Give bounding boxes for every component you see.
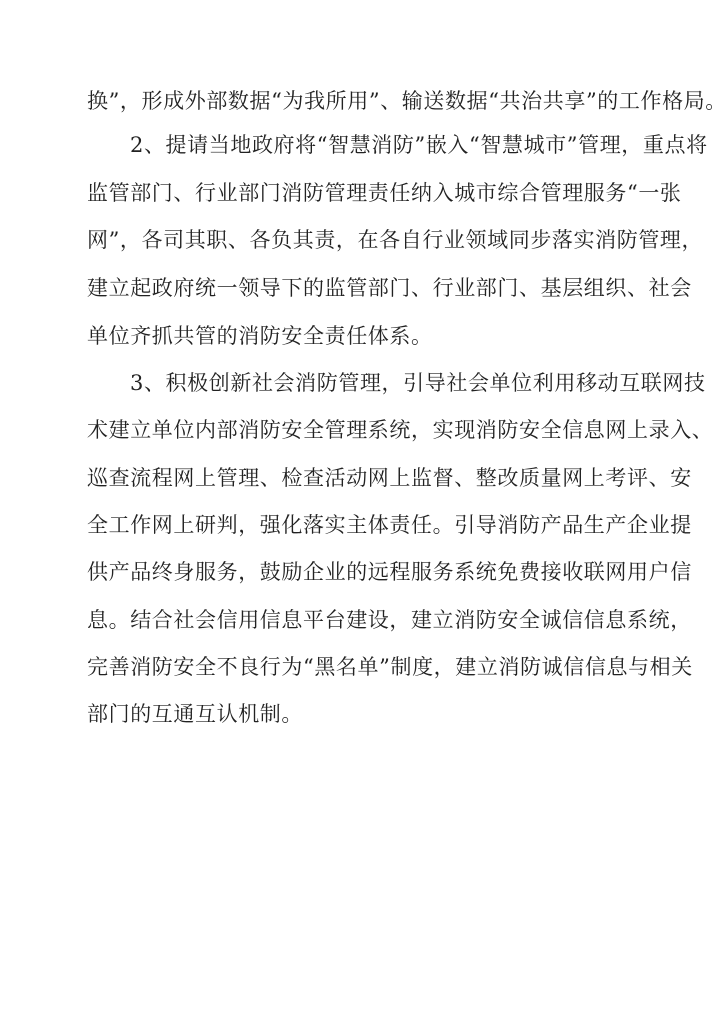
paragraph-line: 巡查流程网上管理、检查活动网上监督、整改质量网上考评、安 <box>87 464 663 492</box>
paragraph-line: 换”，形成外部数据“为我所用”、输送数据“共治共享”的工作格局。 <box>87 87 663 115</box>
paragraph-line: 供产品终身服务，鼓励企业的远程服务系统免费接收联网用户信 <box>87 558 663 586</box>
paragraph-line: 部门的互通互认机制。 <box>87 700 663 728</box>
paragraph-line: 监管部门、行业部门消防管理责任纳入城市综合管理服务“一张 <box>87 179 663 207</box>
paragraph-line: 单位齐抓共管的消防安全责任体系。 <box>87 322 663 350</box>
document-page: 换”，形成外部数据“为我所用”、输送数据“共治共享”的工作格局。 2、提请当地政… <box>0 0 720 1018</box>
paragraph-line: 息。结合社会信用信息平台建设，建立消防安全诚信信息系统， <box>87 606 663 634</box>
paragraph-line: 完善消防安全不良行为“黑名单”制度，建立消防诚信信息与相关 <box>87 653 663 681</box>
paragraph-line: 2、提请当地政府将“智慧消防”嵌入“智慧城市”管理，重点将 <box>130 131 663 159</box>
paragraph-line: 术建立单位内部消防安全管理系统，实现消防安全信息网上录入、 <box>87 416 663 444</box>
paragraph-line: 网”，各司其职、各负其责，在各自行业领域同步落实消防管理， <box>87 226 663 254</box>
paragraph-line: 建立起政府统一领导下的监管部门、行业部门、基层组织、社会 <box>87 274 663 302</box>
paragraph-line: 全工作网上研判，强化落实主体责任。引导消防产品生产企业提 <box>87 511 663 539</box>
paragraph-line: 3、积极创新社会消防管理，引导社会单位利用移动互联网技 <box>130 369 663 397</box>
